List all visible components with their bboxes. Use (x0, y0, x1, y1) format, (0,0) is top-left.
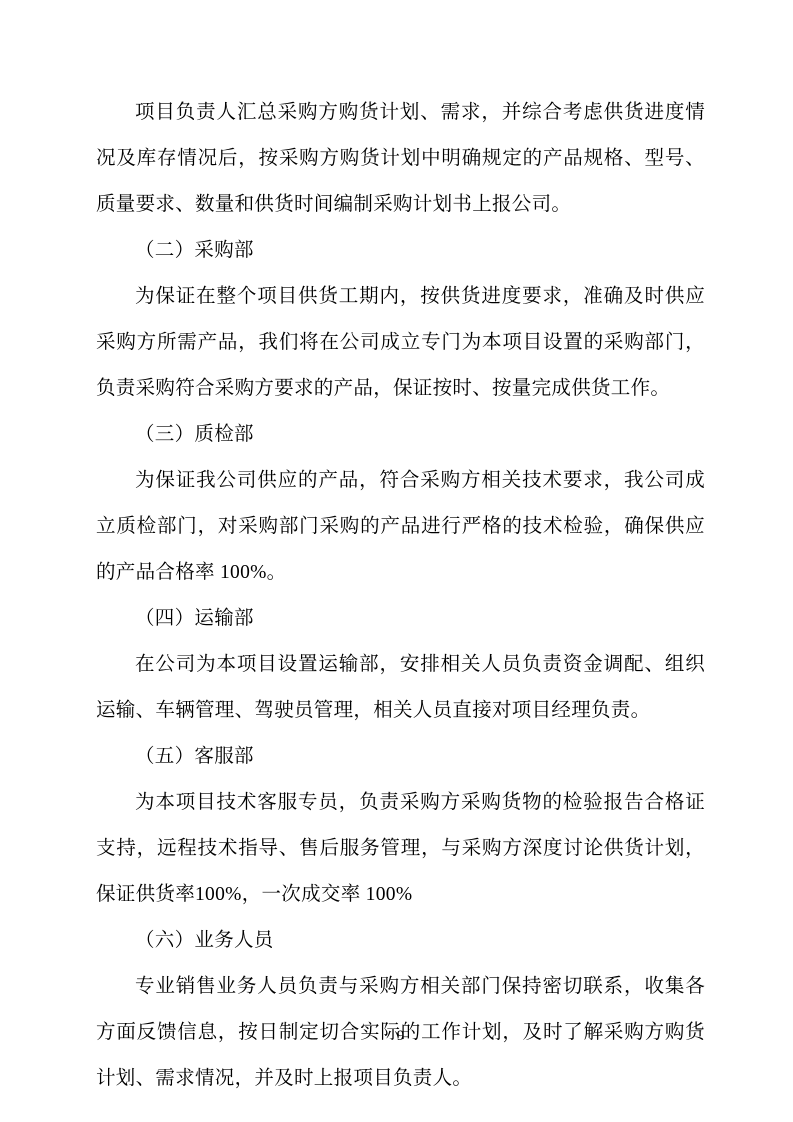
heading-section-3-quality-inspection-dept: （三）质检部 (96, 412, 705, 458)
document-page: 项目负责人汇总采购方购货计划、需求，并综合考虑供货进度情况及库存情况后，按采购方… (0, 0, 793, 1122)
heading-section-6-sales-staff: （六）业务人员 (96, 918, 705, 964)
page-footer: 9 (96, 1026, 705, 1046)
heading-section-2-procurement-dept: （二）采购部 (96, 228, 705, 274)
heading-section-5-customer-service-dept: （五）客服部 (96, 734, 705, 780)
heading-section-4-transport-dept: （四）运输部 (96, 596, 705, 642)
paragraph-quality-inspection-dept: 为保证我公司供应的产品，符合采购方相关技术要求，我公司成立质检部门，对采购部门采… (96, 458, 705, 596)
paragraph-transport-dept: 在公司为本项目设置运输部，安排相关人员负责资金调配、组织运输、车辆管理、驾驶员管… (96, 642, 705, 734)
page-number: 9 (397, 1028, 404, 1044)
paragraph-customer-service-dept: 为本项目技术客服专员，负责采购方采购货物的检验报告合格证支持，远程技术指导、售后… (96, 780, 705, 918)
document-body: 项目负责人汇总采购方购货计划、需求，并综合考虑供货进度情况及库存情况后，按采购方… (96, 90, 705, 1102)
paragraph-project-leader-plan: 项目负责人汇总采购方购货计划、需求，并综合考虑供货进度情况及库存情况后，按采购方… (96, 90, 705, 228)
paragraph-procurement-dept: 为保证在整个项目供货工期内，按供货进度要求，准确及时供应采购方所需产品，我们将在… (96, 274, 705, 412)
